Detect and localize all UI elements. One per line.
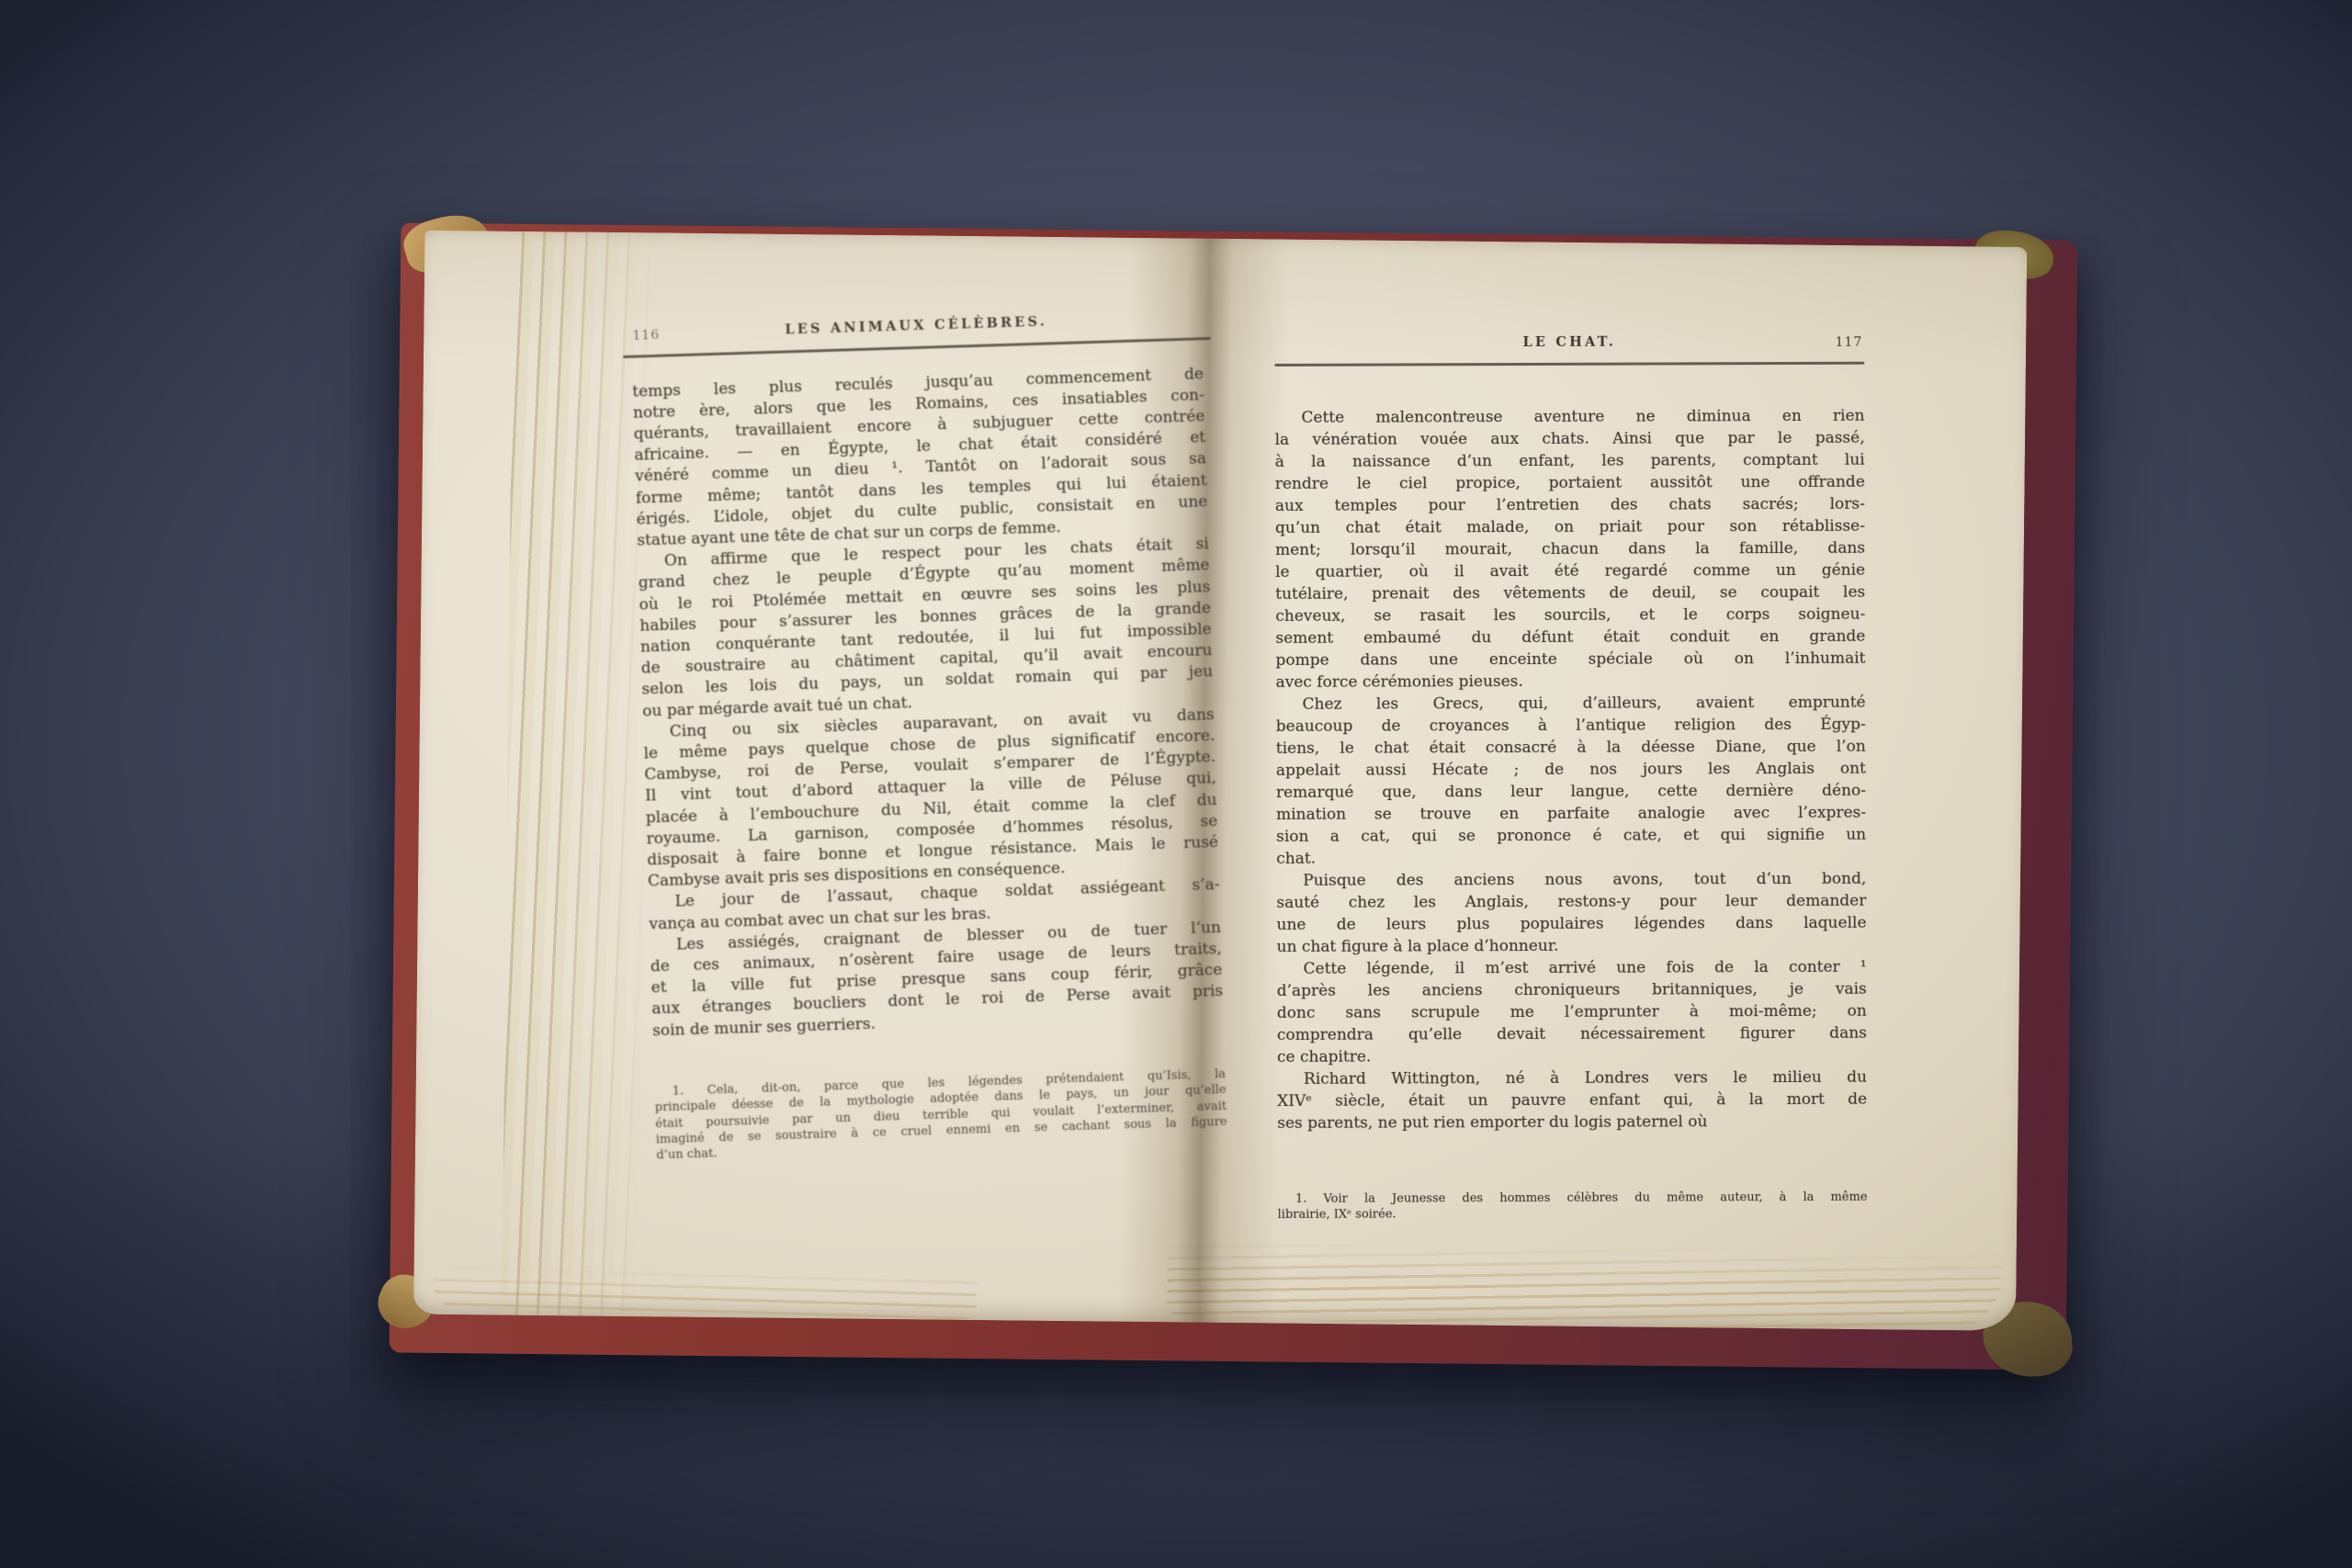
text-line: donc sans scrupule me l’emprunter à moi-… bbox=[1277, 999, 1867, 1023]
page-spread: 116 LES ANIMAUX CÉLÈBRES. temps les plus… bbox=[413, 231, 2027, 1331]
text-line: appelait aussi Hécate ; de nos jours les… bbox=[1276, 757, 1866, 781]
page-edge-stack bbox=[1166, 1237, 2002, 1331]
left-page: 116 LES ANIMAUX CÉLÈBRES. temps les plus… bbox=[630, 309, 1227, 1164]
paragraph: Cette légende, il m’est arrivé une fois … bbox=[1277, 955, 1867, 1067]
text-line: tutélaire, prenait des vêtements de deui… bbox=[1275, 581, 1865, 604]
text-line: un chat figure à la place d’honneur. bbox=[1277, 933, 1867, 957]
page-number: 116 bbox=[632, 328, 660, 344]
text-line: ce chapitre. bbox=[1277, 1043, 1867, 1067]
text-line: Puisque des anciens nous avons, tout d’u… bbox=[1276, 867, 1866, 891]
text-line: Cette malencontreuse aventure ne diminua… bbox=[1275, 404, 1865, 428]
text-line: une de leurs plus populaires légendes da… bbox=[1276, 911, 1866, 935]
running-title: LES ANIMAUX CÉLÈBRES. bbox=[630, 309, 1202, 343]
text-line: mination se trouve en parfaite analogie … bbox=[1276, 801, 1866, 825]
text-line: pompe dans une enceinte spéciale où on l… bbox=[1275, 647, 1865, 671]
text-line: le quartier, où il avait été regardé com… bbox=[1275, 558, 1865, 582]
text-line: Cette légende, il m’est arrivé une fois … bbox=[1277, 955, 1867, 979]
book: 116 LES ANIMAUX CÉLÈBRES. temps les plus… bbox=[390, 222, 2078, 1370]
text-line: à la naissance d’un enfant, les parents,… bbox=[1275, 448, 1865, 472]
paragraph: temps les plus reculés jusqu’au commence… bbox=[632, 364, 1209, 552]
page-number: 117 bbox=[1836, 335, 1863, 350]
paragraph: Chez les Grecs, qui, d’ailleurs, avaient… bbox=[1276, 691, 1867, 869]
paragraph: Cette malencontreuse aventure ne diminua… bbox=[1275, 404, 1866, 693]
page-header: LE CHAT. 117 bbox=[1274, 333, 1864, 355]
text-line: rendre le ciel propice, portaient aussit… bbox=[1275, 470, 1865, 494]
text-line: Chez les Grecs, qui, d’ailleurs, avaient… bbox=[1276, 691, 1866, 715]
text-line: cheveux, se rasait les sourcils, et le c… bbox=[1275, 603, 1865, 626]
text-line: ment; lorsqu’il mourait, chacun dans la … bbox=[1275, 536, 1865, 560]
text-line: tiens, le chat était consacré à la déess… bbox=[1276, 735, 1866, 759]
paragraph: Richard Wittington, né à Londres vers le… bbox=[1277, 1066, 1867, 1134]
text-line: sauté chez les Anglais, restons-y pour l… bbox=[1276, 889, 1866, 913]
paragraph: Les assiégés, craignant de blesser ou de… bbox=[650, 918, 1224, 1042]
text-line: aux temples pour l’entretien des chats s… bbox=[1275, 492, 1865, 516]
paragraph: Puisque des anciens nous avons, tout d’u… bbox=[1276, 867, 1866, 957]
text-line: chat. bbox=[1276, 845, 1866, 869]
running-title: LE CHAT. bbox=[1274, 333, 1864, 351]
footnote: 1. Voir la Jeunesse des hommes célèbres … bbox=[1277, 1189, 1867, 1223]
text-line: remarqué que, dans leur langue, cette de… bbox=[1276, 779, 1866, 803]
text-line: sement embaumé du défunt était conduit e… bbox=[1275, 625, 1865, 649]
photo-background: 116 LES ANIMAUX CÉLÈBRES. temps les plus… bbox=[0, 0, 2352, 1568]
text-line: sion a cat, qui se prononce é cate, et q… bbox=[1276, 823, 1866, 847]
text-line: d’après les anciens chroniqueurs britann… bbox=[1277, 977, 1867, 1001]
text-line: librairie, IXᵉ soirée. bbox=[1278, 1205, 1868, 1224]
paragraph: Cinq ou six siècles auparavant, on avait… bbox=[643, 705, 1220, 893]
right-page: LE CHAT. 117 Cette malencontreuse aventu… bbox=[1274, 333, 1867, 1224]
text-line: la vénération vouée aux chats. Ainsi que… bbox=[1275, 426, 1865, 450]
header-rule bbox=[1274, 362, 1864, 367]
text-line: comprendra qu’elle devait nécessairement… bbox=[1277, 1021, 1867, 1045]
text-line: Richard Wittington, né à Londres vers le… bbox=[1277, 1066, 1867, 1089]
body-text: temps les plus reculés jusqu’au commence… bbox=[632, 364, 1224, 1042]
text-line: XIVᵉ siècle, était un pauvre enfant qui,… bbox=[1277, 1088, 1867, 1111]
body-text: Cette malencontreuse aventure ne diminua… bbox=[1275, 404, 1868, 1134]
text-line: qu’un chat était malade, on priait pour … bbox=[1275, 514, 1865, 538]
text-line: beaucoup de croyances à l’antique religi… bbox=[1276, 713, 1866, 737]
text-line: ses parents, ne put rien emporter du log… bbox=[1277, 1110, 1867, 1134]
page-edge-stack bbox=[432, 1267, 977, 1320]
text-line: 1. Voir la Jeunesse des hommes célèbres … bbox=[1277, 1189, 1867, 1207]
paragraph: On affirme que le respect pour les chats… bbox=[638, 534, 1215, 722]
text-line: avec force cérémonies pieuses. bbox=[1276, 669, 1866, 693]
